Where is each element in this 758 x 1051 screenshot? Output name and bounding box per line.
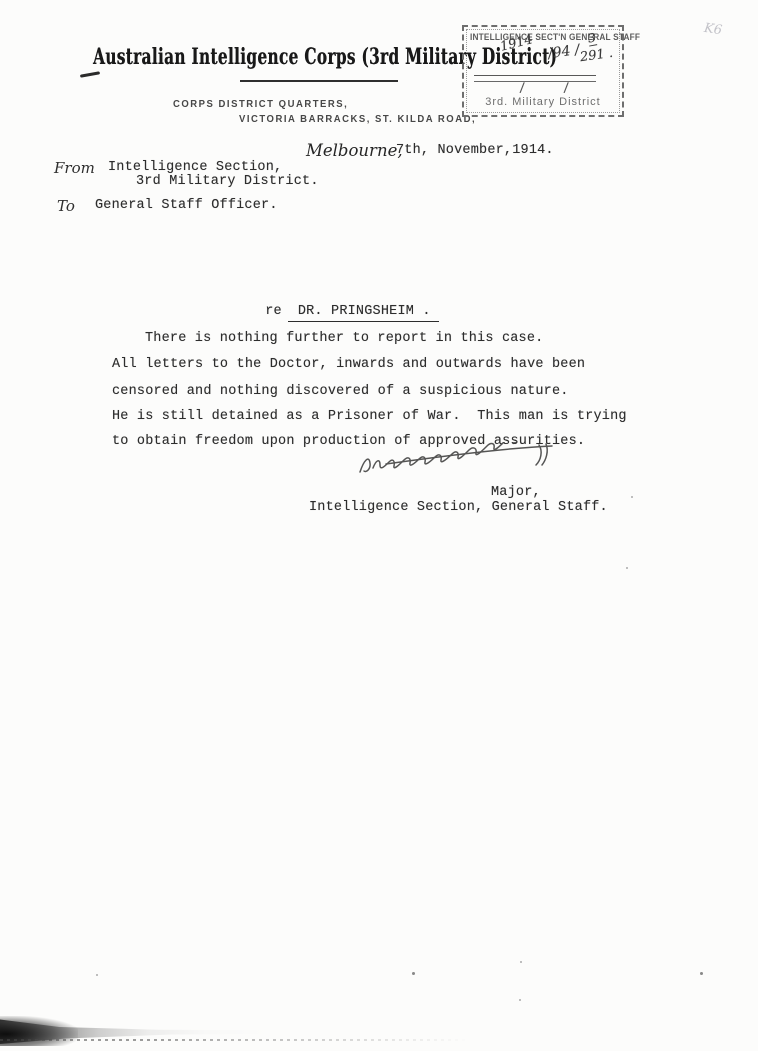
scan-speck [96, 974, 98, 976]
body-line-4: He is still detained as a Prisoner of Wa… [112, 409, 627, 424]
letter-date: 7th, November,1914. [396, 143, 554, 158]
scan-speck [626, 567, 628, 569]
intelligence-section-stamp: INTELLIGENCE SECT'N GENERAL STAFF 1914 /… [462, 25, 624, 117]
subject-line: reDR. PRINGSHEIM . [232, 289, 439, 334]
stamp-double-rule [474, 75, 596, 82]
stamp-slash-right: / [563, 80, 569, 97]
from-label: From [54, 159, 95, 177]
scan-speck [519, 999, 521, 1001]
stamp-header-text: INTELLIGENCE SECT'N GENERAL STAFF [470, 32, 604, 42]
scan-speck [631, 496, 633, 498]
body-line-3: censored and nothing discovered of a sus… [112, 384, 569, 399]
stamp-slash-left: / [519, 80, 525, 97]
letterhead-dept-line2: VICTORIA BARRACKS, ST. KILDA ROAD, [239, 114, 476, 125]
pen-dash-mark [80, 71, 100, 77]
to-label: To [57, 197, 75, 215]
from-line2: 3rd Military District. [136, 174, 319, 189]
body-line-1: There is nothing further to report in th… [145, 331, 543, 346]
signer-rank: Major, [491, 485, 541, 500]
to-line: General Staff Officer. [95, 198, 278, 213]
handwritten-signature [356, 442, 556, 478]
scan-speck [520, 961, 522, 963]
bottom-dotted-streak [0, 1039, 470, 1041]
stamp-footer-text: 3rd. Military District [470, 96, 616, 108]
scan-speck [700, 972, 703, 975]
re-label: re [265, 304, 282, 319]
stamp-handwritten-number: /94 / [547, 42, 581, 62]
from-line1: Intelligence Section, [108, 160, 282, 175]
letterhead-rule [240, 80, 398, 82]
scanned-letter-page: Australian Intelligence Corps (3rd Milit… [0, 0, 758, 1051]
place-name: Melbourne, [306, 141, 403, 160]
body-line-2: All letters to the Doctor, inwards and o… [112, 357, 585, 372]
stamp-handwritten-fraction-bottom: 291 . [579, 46, 614, 65]
bottom-left-corner-blob [0, 1016, 78, 1046]
signer-unit: Intelligence Section, General Staff. [309, 500, 608, 515]
letterhead-dept-line1: CORPS DISTRICT QUARTERS, [173, 99, 348, 110]
scan-speck [412, 972, 415, 975]
subject-text: DR. PRINGSHEIM . [288, 304, 439, 322]
pencil-annotation: K6 [703, 21, 723, 38]
